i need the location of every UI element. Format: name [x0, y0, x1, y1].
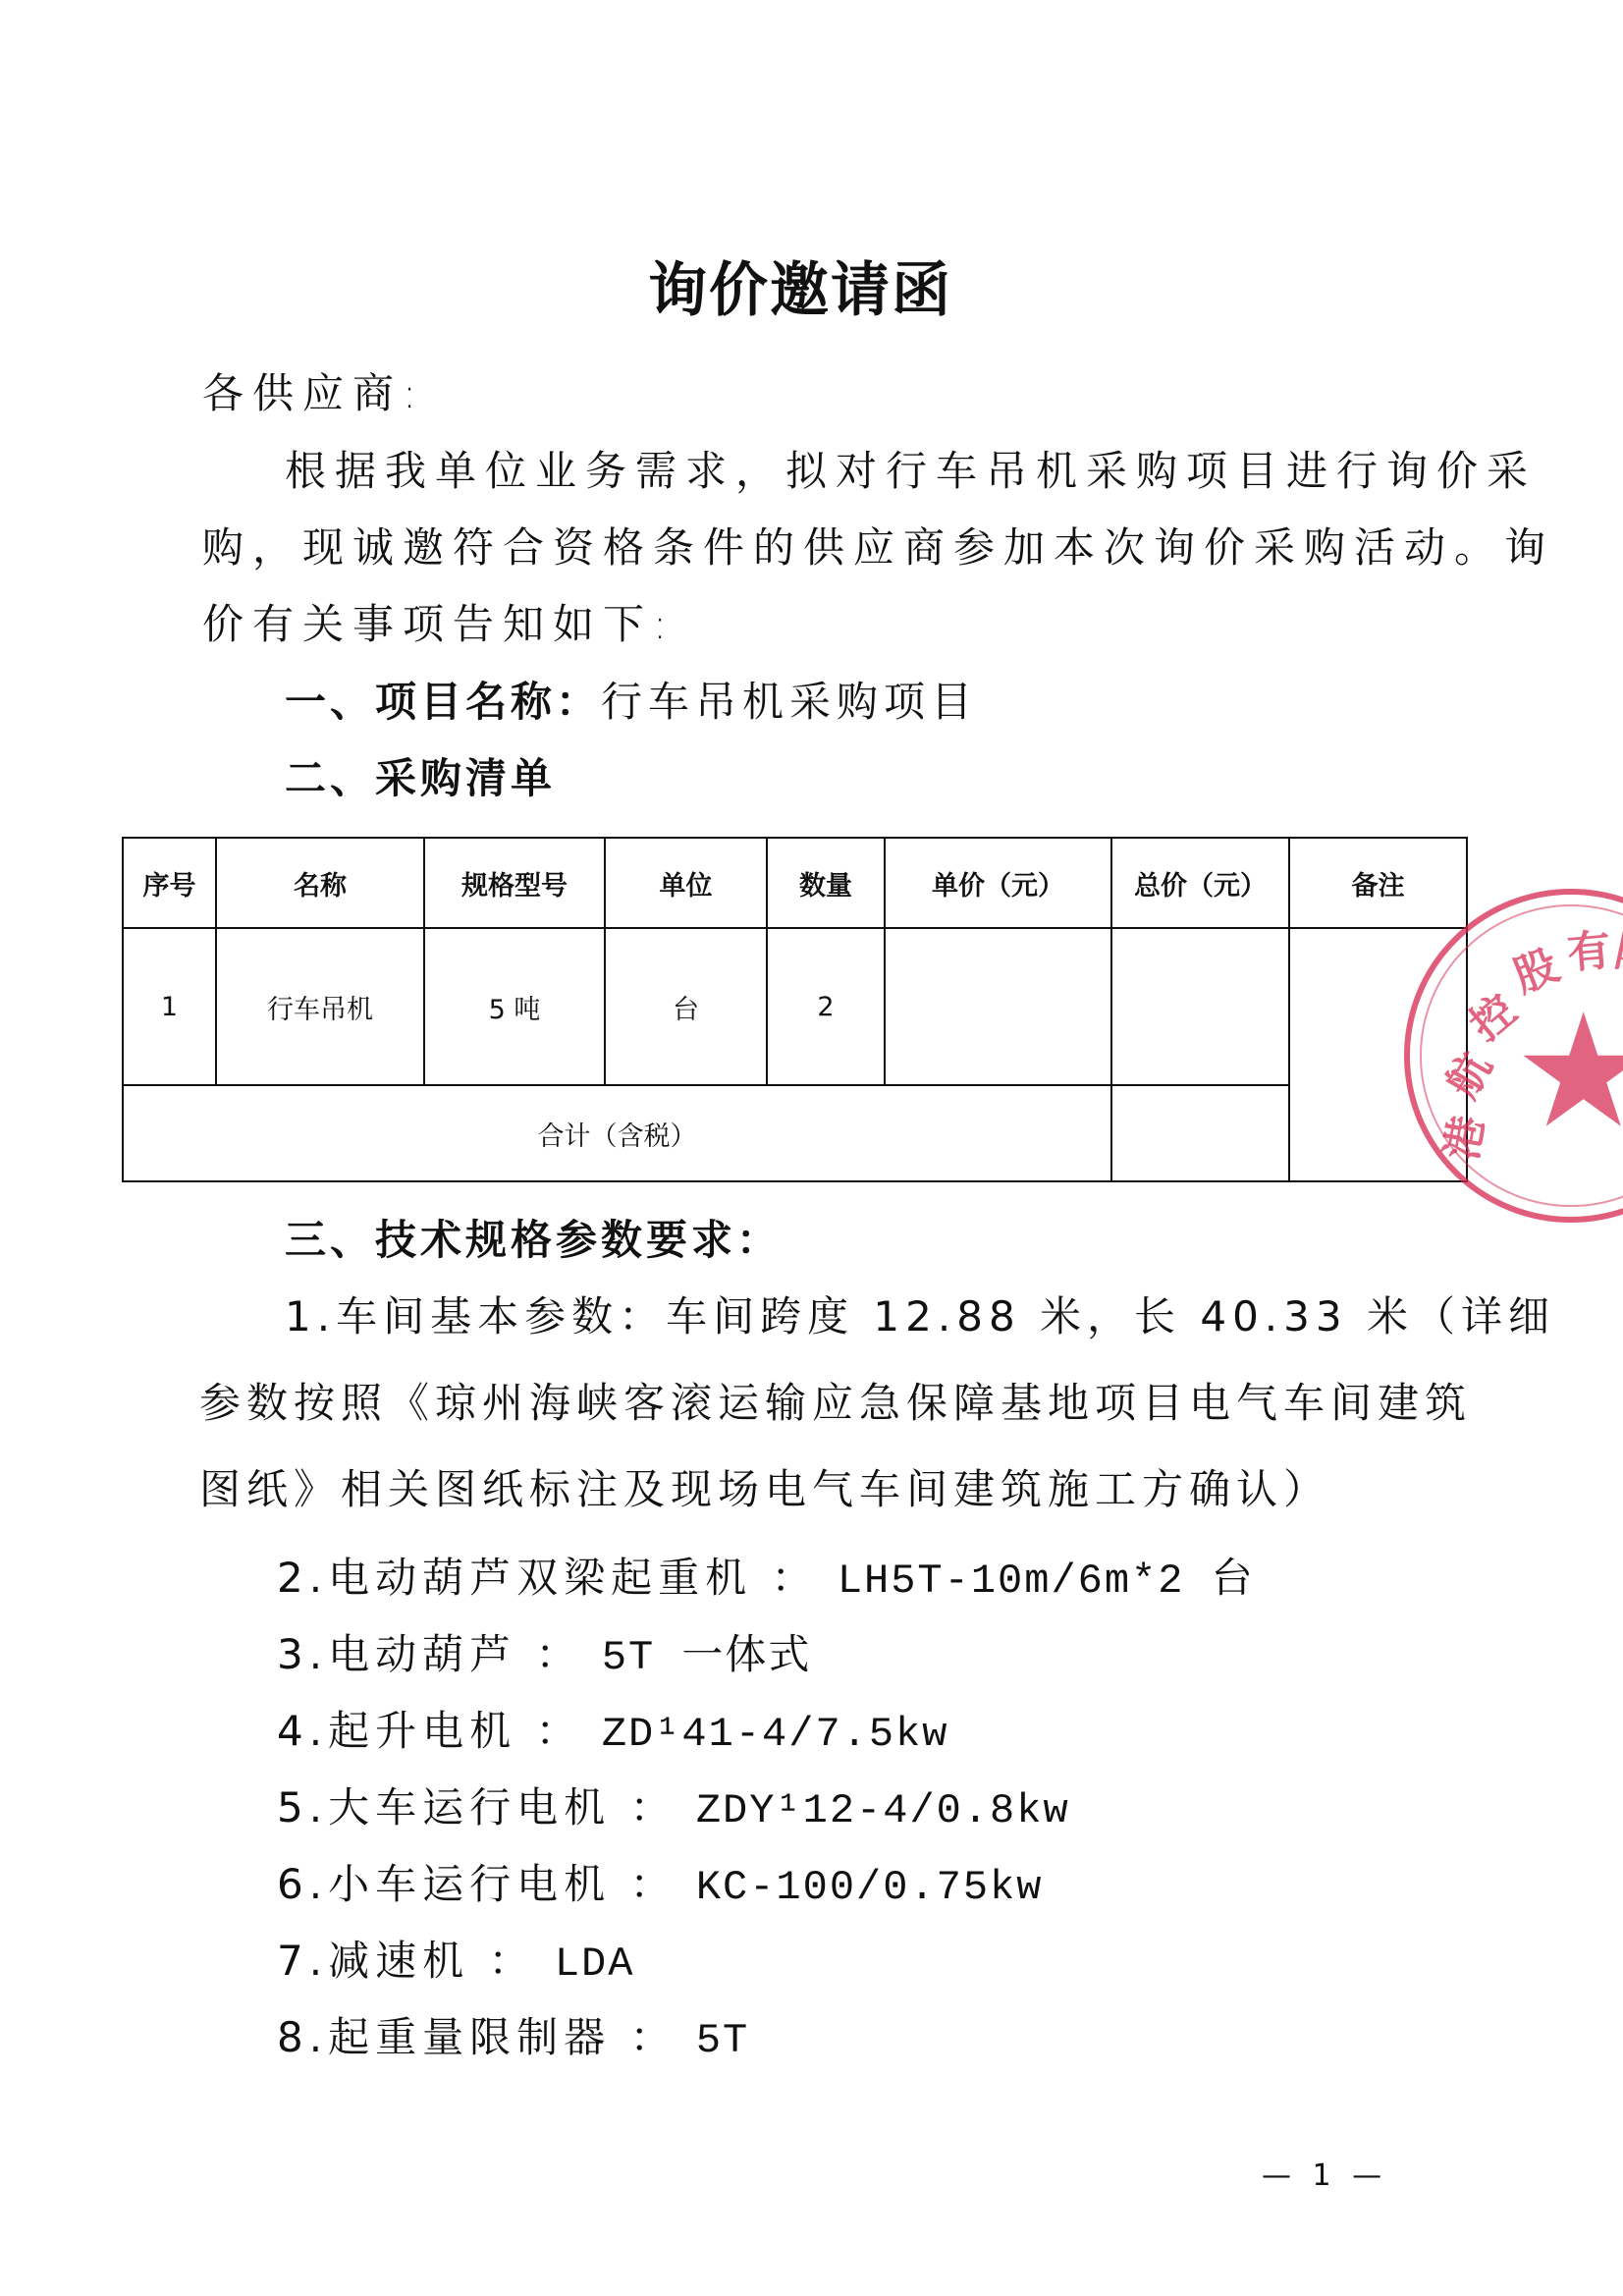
- spec-item-1-line-2: 参数按照《琼州海峡客滚运输应急保障基地项目电气车间建筑: [199, 1371, 1472, 1430]
- cell-index: 1: [123, 928, 216, 1085]
- spec-item-1-line-1: 1.车间基本参数：车间跨度 12.88 米，长 40.33 米（详细: [285, 1285, 1555, 1343]
- section-2-heading: 二、采购清单: [285, 746, 556, 805]
- total-label: 合计（含税）: [123, 1085, 1111, 1181]
- section-1-label: 一、项目名称：: [285, 678, 601, 726]
- spec-separator: ：: [629, 1860, 676, 1908]
- cell-unit: 台: [605, 928, 767, 1085]
- spec-separator: ：: [488, 1937, 535, 1985]
- spec-value: ZDY¹12-4/0.8kw: [696, 1787, 1070, 1834]
- cell-total-price[interactable]: [1111, 928, 1289, 1085]
- spec-item: 6.小车运行电机 ： KC-100/0.75kw: [277, 1852, 1043, 1911]
- intro-line-2: 购，现诚邀符合资格条件的供应商参加本次询价采购活动。询: [202, 516, 1554, 574]
- spec-value: KC-100/0.75kw: [696, 1864, 1044, 1911]
- cell-name: 行车吊机: [216, 928, 424, 1085]
- spec-separator: ：: [629, 2013, 676, 2061]
- spec-label: 3.电动葫芦: [277, 1630, 516, 1678]
- spec-item: 4.起升电机 ： ZD¹41-4/7.5kw: [277, 1699, 948, 1758]
- spec-label: 6.小车运行电机: [277, 1860, 611, 1908]
- intro-line-3: 价有关事项告知如下:: [202, 592, 676, 651]
- spec-separator: ：: [535, 1707, 582, 1755]
- section-3-heading: 三、技术规格参数要求：: [285, 1208, 782, 1267]
- header-qty: 数量: [767, 838, 885, 928]
- header-spec: 规格型号: [424, 838, 605, 928]
- section-1-heading: 一、项目名称：行车吊机采购项目: [285, 670, 978, 729]
- spec-value: ZD¹41-4/7.5kw: [602, 1711, 949, 1758]
- spec-item: 2.电动葫芦双梁起重机 ： LH5T-10m/6m*2 台: [277, 1546, 1255, 1605]
- spec-value: 5T: [696, 2017, 749, 2064]
- spec-item: 7.减速机 ： LDA: [277, 1929, 634, 1988]
- header-unit: 单位: [605, 838, 767, 928]
- header-name: 名称: [216, 838, 424, 928]
- page-number: — 1 —: [1262, 2159, 1387, 2193]
- spec-value: LDA: [555, 1941, 635, 1988]
- spec-separator: ：: [629, 1783, 676, 1831]
- spec-value: 5T 一体式: [602, 1634, 812, 1681]
- spec-value: LH5T-10m/6m*2 台: [838, 1558, 1255, 1605]
- cell-qty: 2: [767, 928, 885, 1085]
- spec-label: 2.电动葫芦双梁起重机: [277, 1554, 752, 1602]
- intro-line-1: 根据我单位业务需求，拟对行车吊机采购项目进行询价采: [285, 439, 1537, 498]
- project-name: 行车吊机采购项目: [601, 678, 978, 726]
- header-index: 序号: [123, 838, 216, 928]
- spec-label: 8.起重量限制器: [277, 2013, 611, 2061]
- header-total-price: 总价（元）: [1111, 838, 1289, 928]
- salutation: 各供应商:: [202, 361, 425, 420]
- procurement-table: 序号 名称 规格型号 单位 数量 单价（元） 总价（元） 备注 1 行车吊机 5…: [122, 837, 1468, 1182]
- spec-item: 3.电动葫芦 ： 5T 一体式: [277, 1622, 811, 1681]
- header-remark: 备注: [1289, 838, 1467, 928]
- table-total-row: 合计（含税）: [123, 1085, 1467, 1181]
- star-icon: ★: [1513, 993, 1623, 1150]
- spec-label: 5.大车运行电机: [277, 1783, 611, 1831]
- spec-item: 8.起重量限制器 ： 5T: [277, 2005, 749, 2064]
- spec-label: 4.起升电机: [277, 1707, 516, 1755]
- total-value[interactable]: [1111, 1085, 1289, 1181]
- document-title: 询价邀请函: [0, 244, 1600, 328]
- spec-separator: ：: [535, 1630, 582, 1678]
- spec-separator: ：: [771, 1554, 818, 1602]
- spec-item-1-line-3: 图纸》相关图纸标注及现场电气车间建筑施工方确认）: [199, 1457, 1330, 1516]
- spec-item: 5.大车运行电机 ： ZDY¹12-4/0.8kw: [277, 1776, 1070, 1834]
- cell-spec: 5 吨: [424, 928, 605, 1085]
- seal-char: 有: [1564, 914, 1612, 981]
- spec-label: 7.减速机: [277, 1937, 469, 1985]
- cell-unit-price[interactable]: [885, 928, 1111, 1085]
- table-row: 1 行车吊机 5 吨 台 2: [123, 928, 1467, 1085]
- header-unit-price: 单价（元）: [885, 838, 1111, 928]
- table-header-row: 序号 名称 规格型号 单位 数量 单价（元） 总价（元） 备注: [123, 838, 1467, 928]
